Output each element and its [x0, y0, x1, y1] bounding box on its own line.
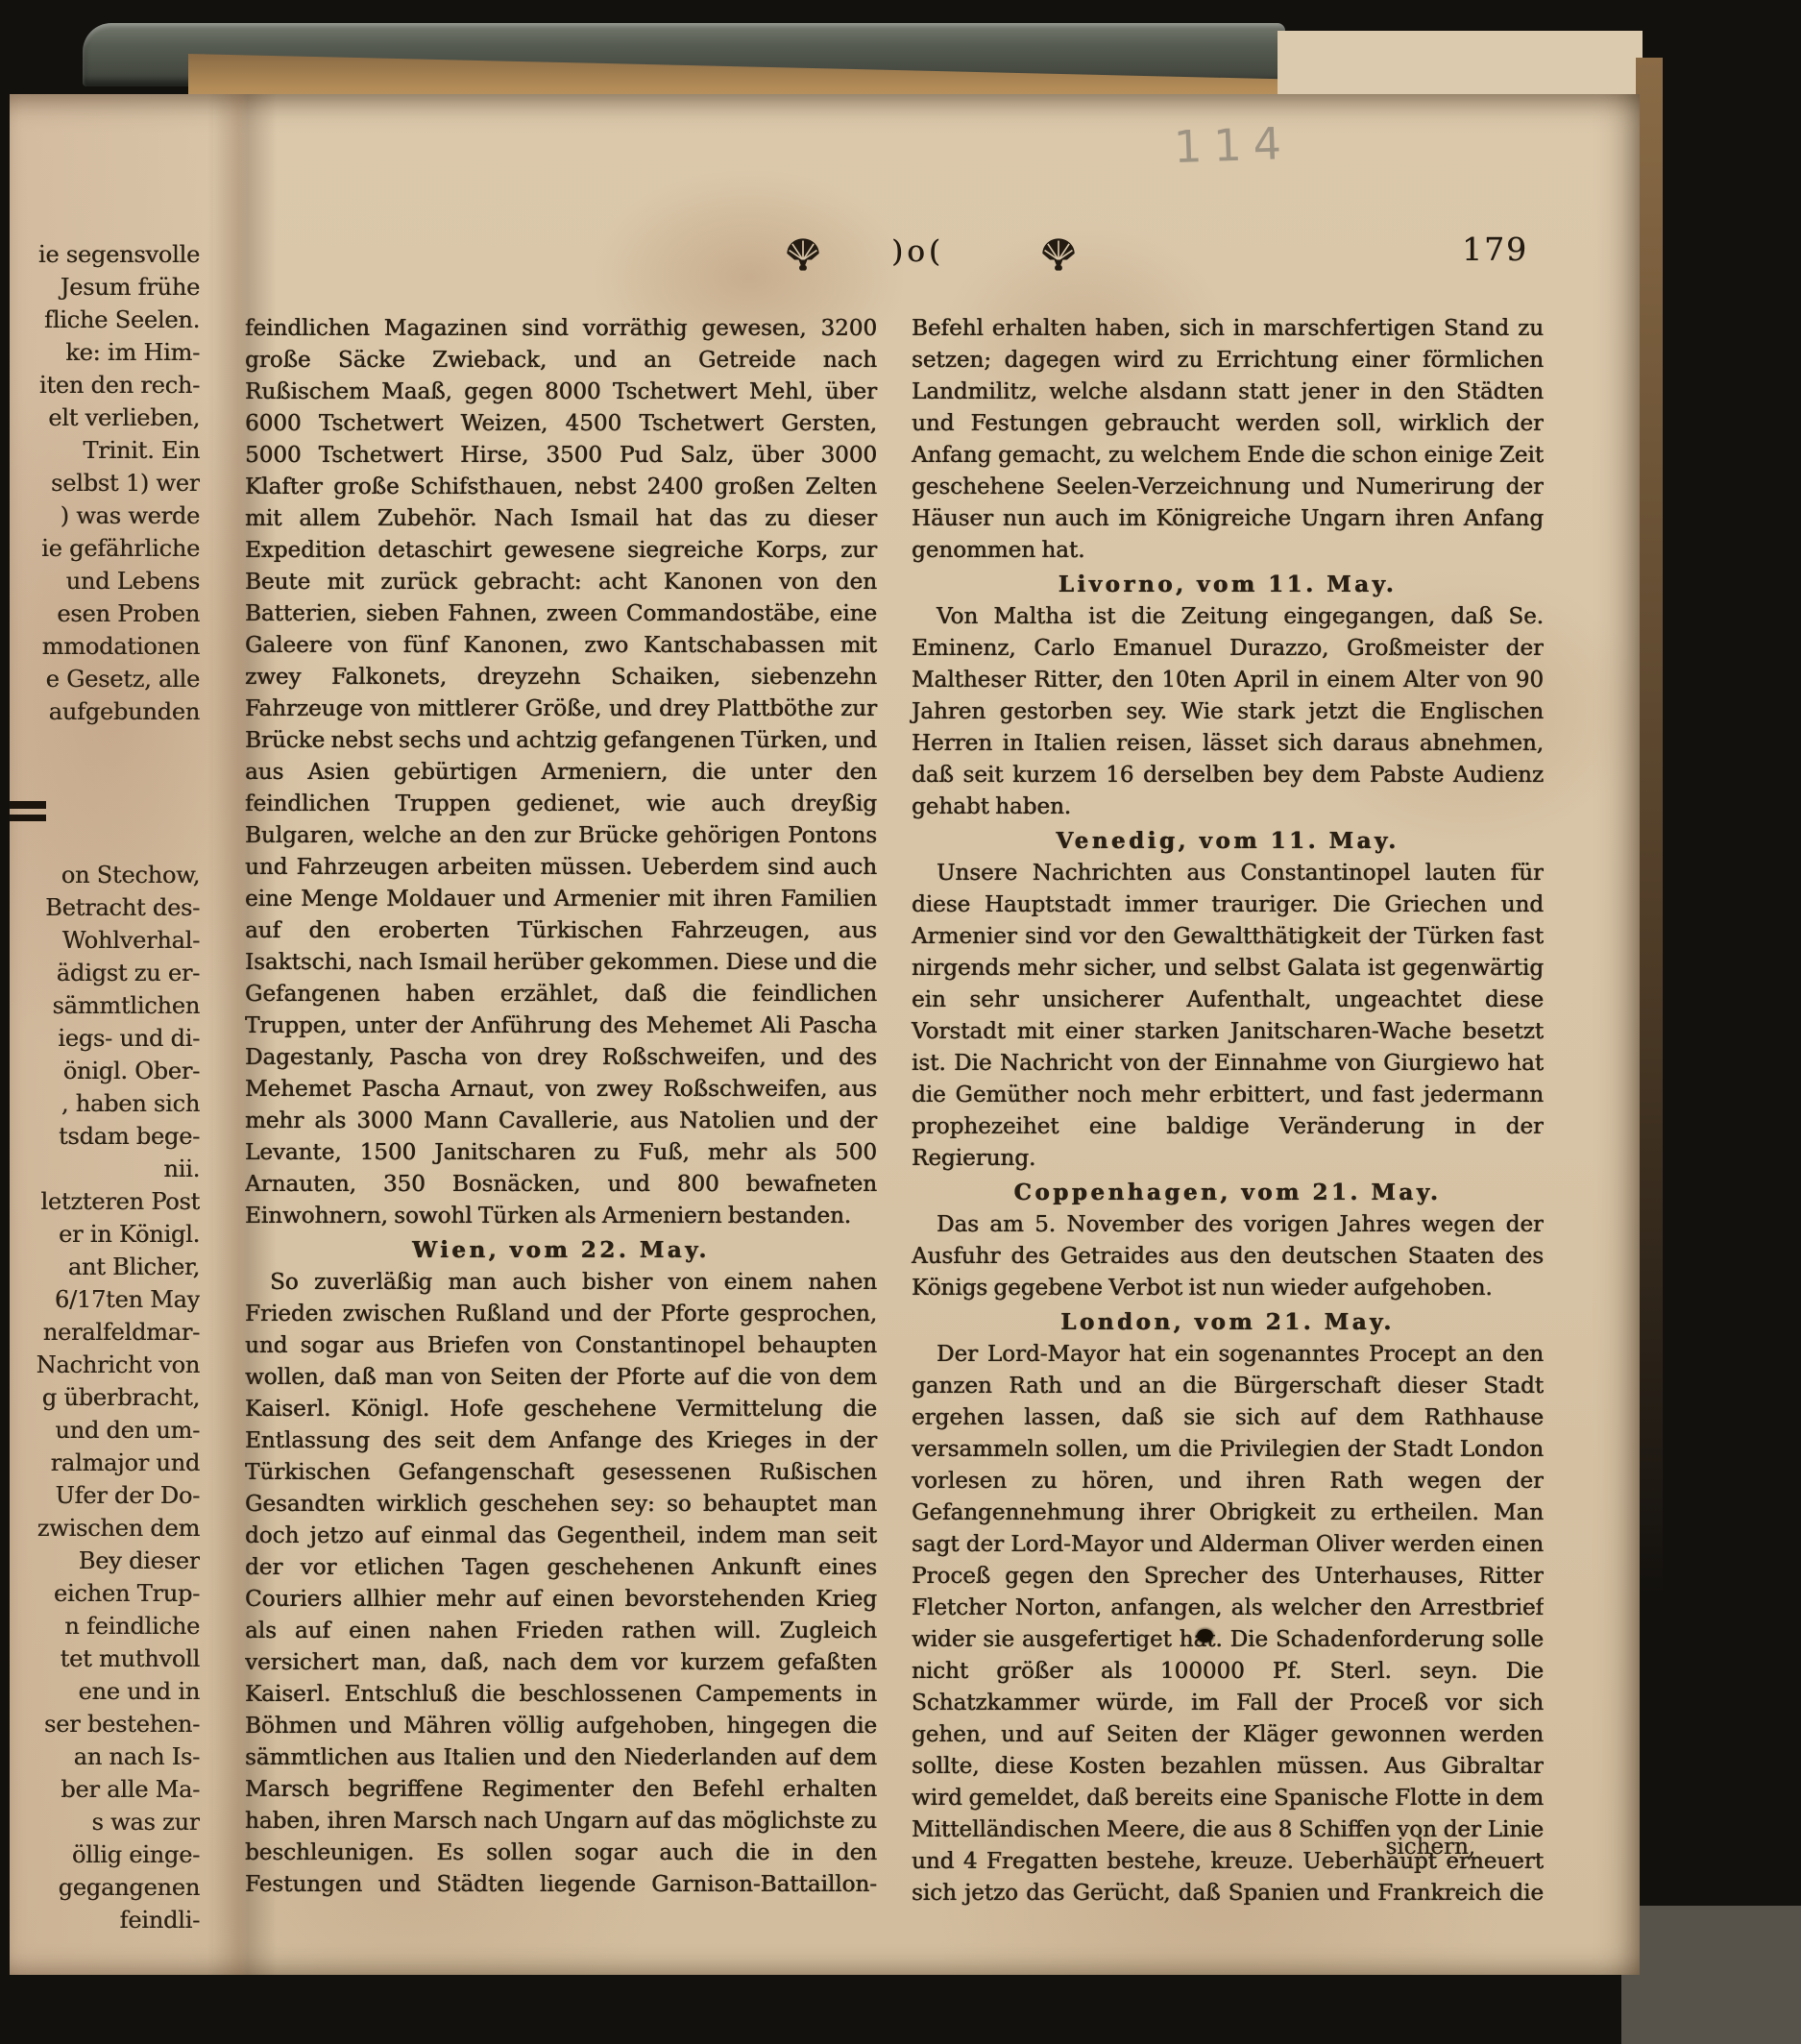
margin-fragment-line: iegs- und di- — [10, 1022, 200, 1055]
article-body: Von Maltha ist die Zeitung eingegangen, … — [912, 601, 1544, 823]
margin-fragment-line: nii. — [10, 1153, 200, 1185]
table-surface-corner — [1621, 1906, 1801, 2044]
margin-fragment-line: elt verlieben, — [10, 401, 200, 434]
article-heading: Livorno, vom 11. May. — [912, 567, 1544, 601]
margin-fragment-line: ber alle Ma- — [10, 1773, 200, 1806]
scan-background: ie segensvolleJesum frühefliche Seelen.k… — [0, 0, 1801, 2044]
margin-fragment-line: e Gesetz, alle — [10, 663, 200, 695]
margin-fragment-line: ädigst zu er- — [10, 957, 200, 989]
margin-fragment-line: ie gefährliche — [10, 532, 200, 565]
margin-fragment-line: ) was werde — [10, 499, 200, 532]
continuation-paragraph: feindlichen Magazinen sind vorräthig gew… — [245, 313, 877, 1232]
margin-fragment-line: selbst 1) wer — [10, 467, 200, 499]
article: Coppenhagen, vom 21. May. Das am 5. Nove… — [912, 1175, 1544, 1304]
margin-fragment-line: sämmtlichen — [10, 989, 200, 1022]
article-heading: Venedig, vom 11. May. — [912, 823, 1544, 858]
margin-fragment-line: s was zur — [10, 1806, 200, 1838]
article: Venedig, vom 11. May. Unsere Nachrichten… — [912, 823, 1544, 1175]
margin-fragment-line: esen Proben — [10, 597, 200, 630]
pencil-annotation: 114 — [1173, 117, 1294, 173]
printer-ornament-icon — [1039, 236, 1078, 273]
margin-fragment-line: eichen Trup- — [10, 1577, 200, 1610]
ink-blot — [1197, 1629, 1213, 1642]
margin-fragment-line: n feindliche — [10, 1610, 200, 1642]
article-heading: London, vom 21. May. — [912, 1304, 1544, 1339]
margin-fragment-line: tet muthvoll — [10, 1642, 200, 1675]
article-heading: Coppenhagen, vom 21. May. — [912, 1175, 1544, 1209]
page-side-edge — [1636, 58, 1663, 1594]
margin-fragment-line: tsdam bege- — [10, 1120, 200, 1153]
margin-fragment-line: Trinit. Ein — [10, 434, 200, 467]
margin-fragment-line: Wohlverhal- — [10, 924, 200, 957]
page-number: 179 — [1462, 231, 1528, 268]
margin-fragment-line: er in Königl. — [10, 1218, 200, 1251]
margin-fragment-line: an nach Is- — [10, 1740, 200, 1773]
margin-fragment-line: ie segensvolle — [10, 238, 200, 271]
margin-fragment-line: , haben sich — [10, 1087, 200, 1120]
margin-fragment-line: Betracht des- — [10, 891, 200, 924]
margin-rule-mark — [10, 801, 46, 821]
margin-fragment-line: ser bestehen- — [10, 1708, 200, 1740]
margin-fragment-line: ene und in — [10, 1675, 200, 1708]
margin-fragment-line: iten den rech- — [10, 369, 200, 401]
facing-page-fragment: ie segensvolleJesum frühefliche Seelen.k… — [10, 238, 200, 1936]
margin-fragment-line: g überbracht, — [10, 1381, 200, 1414]
margin-fragment-line: ant Blicher, — [10, 1251, 200, 1283]
margin-fragment-line — [10, 761, 200, 793]
margin-fragment-line: mmodationen — [10, 630, 200, 663]
text-columns: feindlichen Magazinen sind vorräthig gew… — [245, 313, 1544, 1919]
margin-fragment-line: feindli- — [10, 1904, 200, 1936]
margin-fragment-line: Ufer der Do- — [10, 1479, 200, 1512]
margin-fragment-line: 6/17ten May — [10, 1283, 200, 1316]
article-body: Das am 5. November des vorigen Jahres we… — [912, 1209, 1544, 1304]
margin-fragment-line — [10, 826, 200, 859]
margin-fragment-line: fliche Seelen. — [10, 304, 200, 336]
article-body: Unsere Nachrichten aus Constantinopel la… — [912, 858, 1544, 1175]
margin-fragment-line: Nachricht von — [10, 1349, 200, 1381]
margin-fragment-line: on Stechow, — [10, 859, 200, 891]
newspaper-page: ie segensvolleJesum frühefliche Seelen.k… — [10, 94, 1640, 1975]
margin-fragment-line: aufgebunden — [10, 695, 200, 728]
article: Livorno, vom 11. May. Von Maltha ist die… — [912, 567, 1544, 823]
margin-fragment-line: Jesum frühe — [10, 271, 200, 304]
margin-fragment-line: und Lebens — [10, 565, 200, 597]
margin-fragment-line — [10, 728, 200, 761]
margin-fragment-line: letzteren Post — [10, 1185, 200, 1218]
header-divider-mark: )o( — [891, 234, 944, 269]
margin-fragment-line: und den um- — [10, 1414, 200, 1447]
catchword: sichern, — [1191, 1835, 1475, 1860]
margin-fragment-line: önigl. Ober- — [10, 1055, 200, 1087]
printer-ornament-icon — [784, 236, 822, 273]
margin-fragment-line: ke: im Him- — [10, 336, 200, 369]
margin-fragment-line: zwischen dem — [10, 1512, 200, 1545]
article-heading: Wien, vom 22. May. — [245, 1232, 877, 1267]
margin-fragment-line: öllig einge- — [10, 1838, 200, 1871]
margin-fragment-line: ralmajor und — [10, 1447, 200, 1479]
margin-fragment-line: Bey dieser — [10, 1545, 200, 1577]
margin-fragment-line: neralfeldmar- — [10, 1316, 200, 1349]
margin-fragment-line: gegangenen — [10, 1871, 200, 1904]
